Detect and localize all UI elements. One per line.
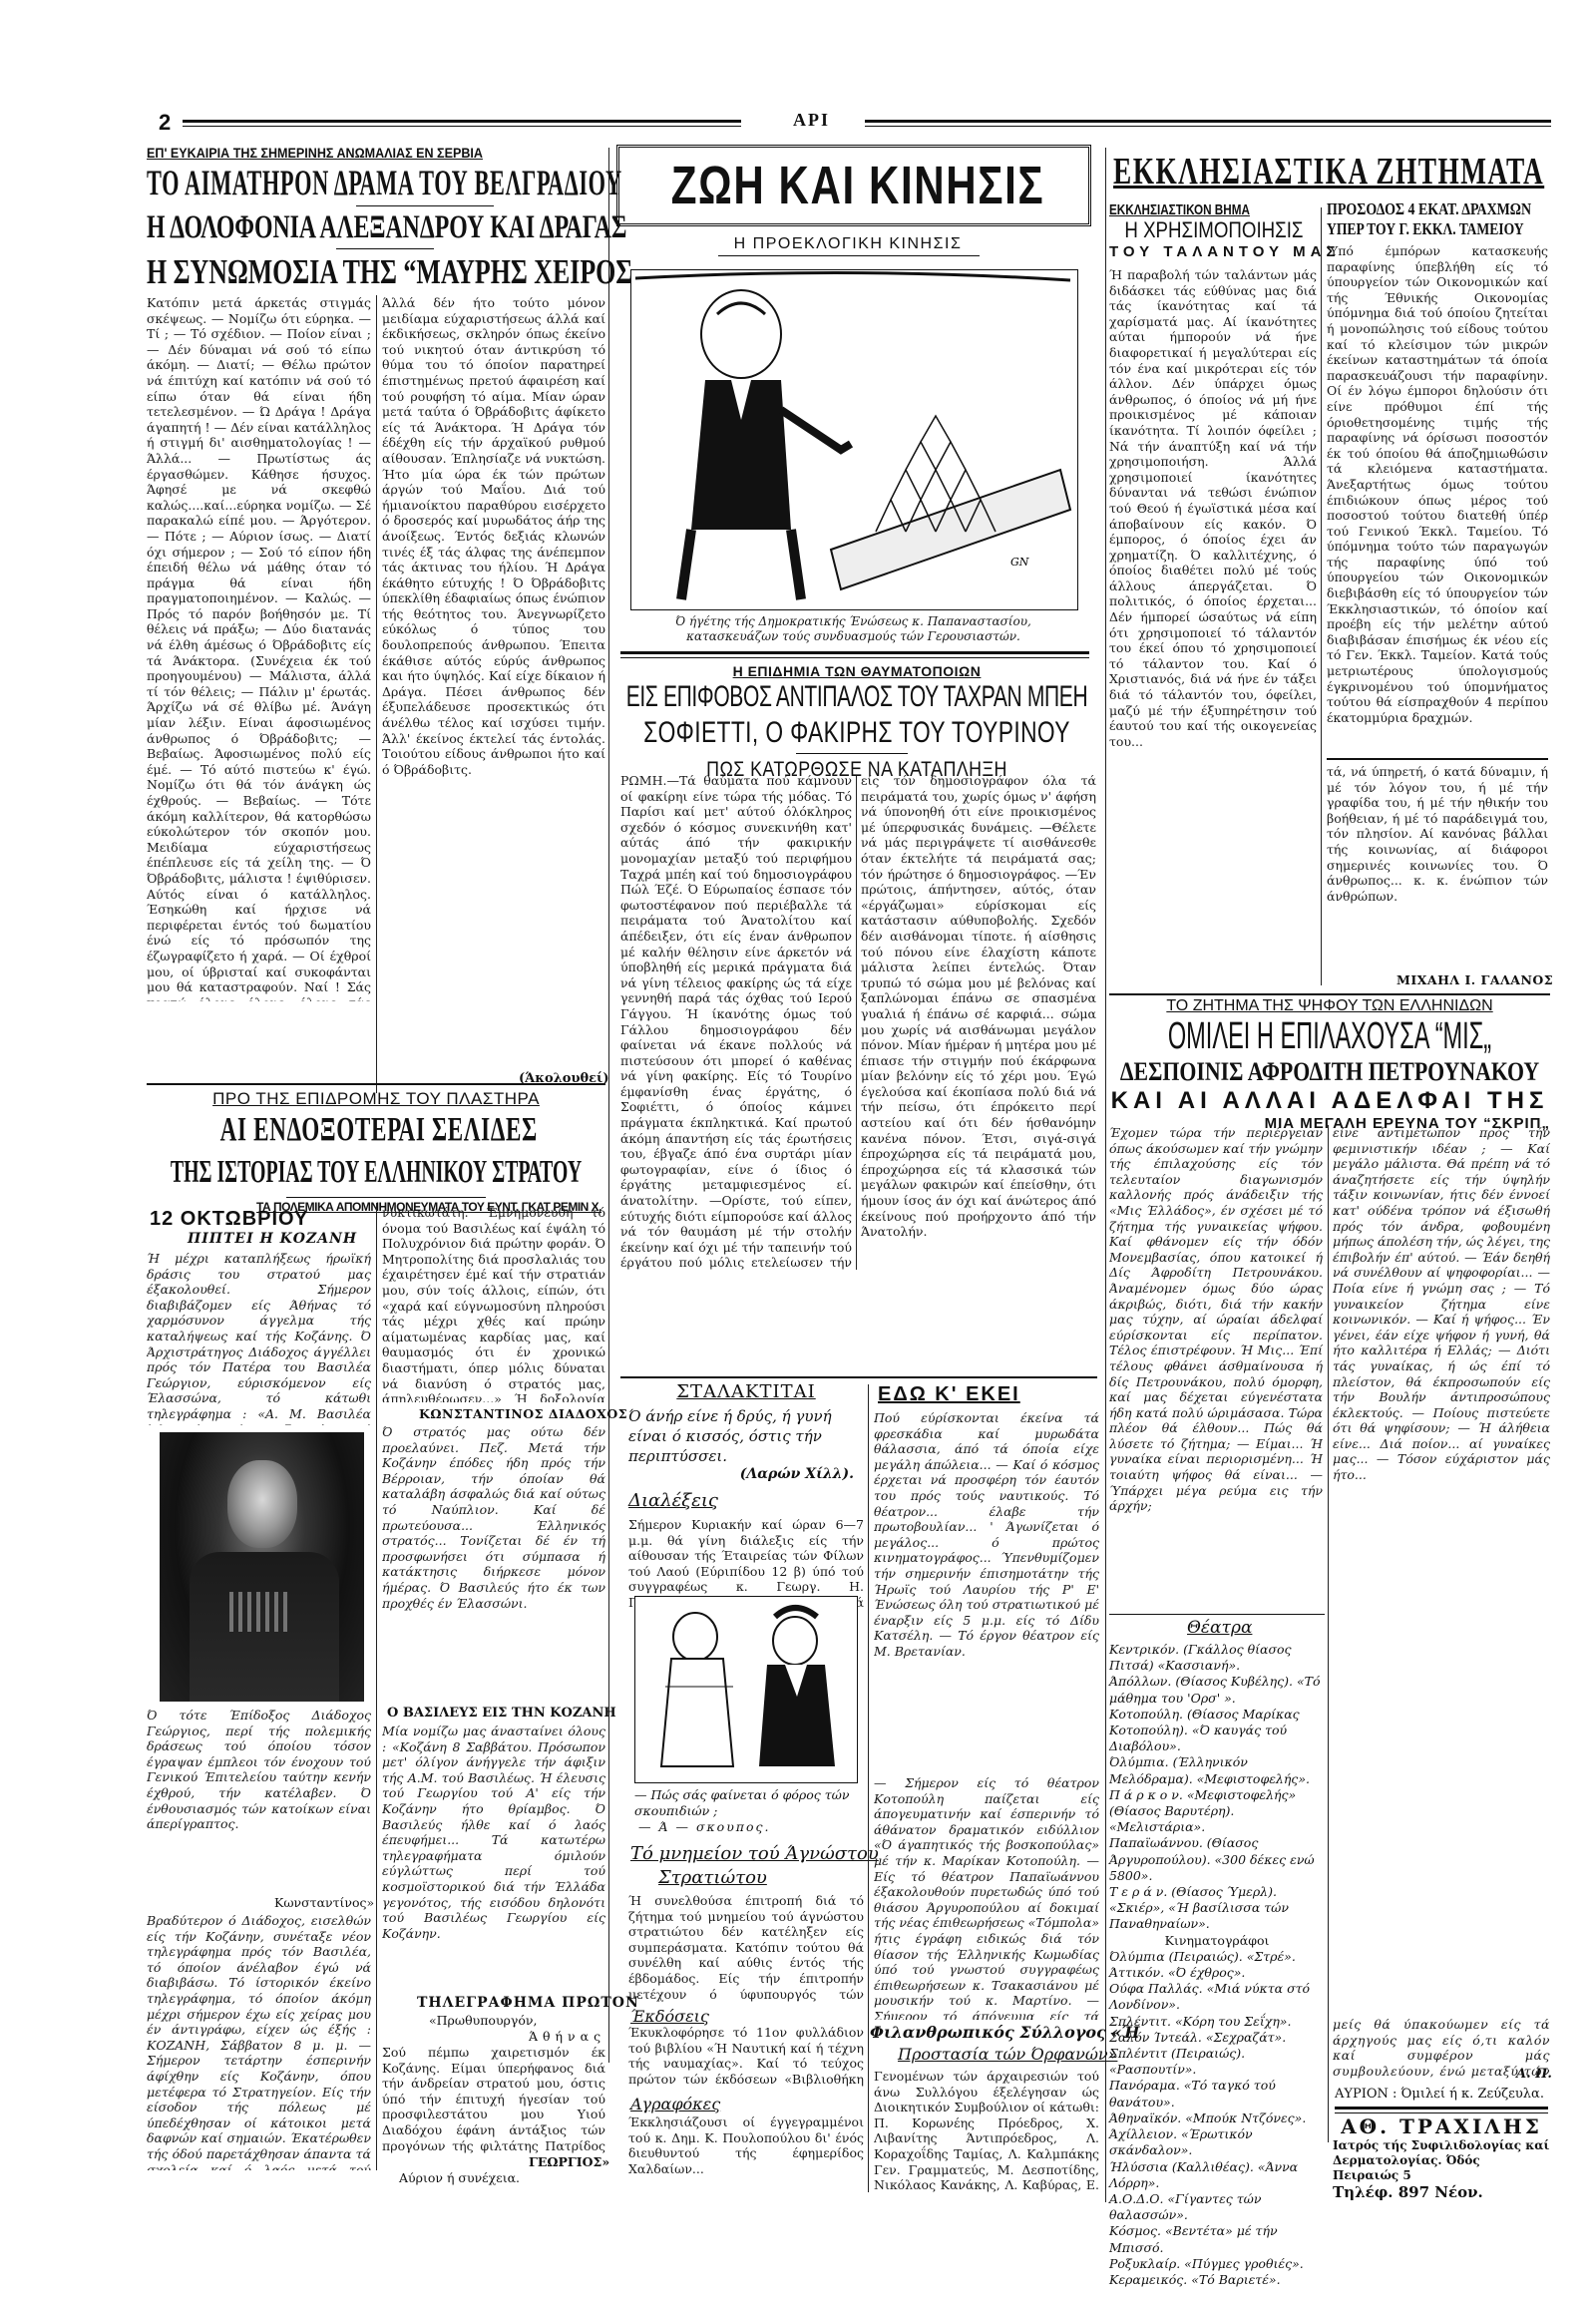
church-section-title: ΕΚΚΛΗΣΙΑΣΤΙΚΑ ΖΗΤΗΜΑΤΑ (1109, 148, 1548, 195)
rule (1327, 758, 1548, 760)
publications-body: Έκυκλοφόρησε τό 11ον φυλλάδιον τού βιβλί… (628, 2025, 864, 2087)
bema-headline: ΤΟΥ ΤΑΛΑΝΤΟΥ ΜΑΣ (1109, 243, 1314, 260)
section-subhead: Η ΠΡΟΕΚΛΟΓΙΚΗ ΚΙΝΗΣΙΣ (638, 235, 1057, 253)
vote-body: είνε άντιμέτωπον πρός τήν φεμινιστικήν ι… (1333, 1125, 1550, 2023)
article-body: Μία νομίζω μας άνασταίνει όλους : «Κοζάν… (382, 1724, 605, 1963)
rule (620, 1376, 1097, 1378)
edo-body: — Σήμερον είς τό θέατρον Κοτοπούλη παίζε… (874, 1775, 1099, 2020)
cinema-listing: Κόσμος. «Βεντέτα» μέ τήν Μπισσό. (1109, 2223, 1325, 2255)
theatre-listing: Κοτοπούλη. (Θίασος Μαρίκας Κοτοπούλη). «… (1109, 1707, 1325, 1755)
cinema-listing: Άττικόν. «Ό έχθρος». (1109, 1965, 1325, 1981)
column-divider (1105, 148, 1106, 2202)
rule (147, 1083, 605, 1085)
column-divider (376, 295, 377, 1093)
theatre-listing: Τ ε ρ ά ν. (Θίασος Ύμερλ). «Σκιέρ», «Ή β… (1109, 1884, 1325, 1933)
cinema-listing: Όλύμπια (Πειραιώς). «Στρέ». (1109, 1949, 1325, 1965)
article-body: Άλλά δέν ήτο τούτο μόνον μειδίαμα εύχαρι… (382, 295, 605, 1045)
column-divider (1328, 1125, 1329, 2142)
continues-note: Αύριον ή συνέχεια. (399, 2170, 520, 2185)
telegram-place: Άθήνας (529, 2029, 605, 2044)
article-body: Ό στρατός μας ούτω δέν προελαύνει. Πεζ. … (382, 1424, 605, 1694)
cinema-listing: Άθηναϊκόν. «Μπούκ Ντζόνες». (1109, 2110, 1325, 2126)
monument-heading: Στρατιώτου (658, 1867, 767, 1888)
stalaktitai-section: ΣΤΑΛΑΚΤΙΤΑΙ Ό άνήρ είνε ή δρύς, ή γυνή ε… (628, 1381, 864, 1631)
fakir-headline: ΣΟΦΙΕΤΤΙ, Ο ΦΑΚΙΡΗΣ ΤΟΥ ΤΟΥΡΙΝΟΥ (591, 715, 1123, 751)
lectures-heading: Διαλέξεις (628, 1490, 864, 1511)
tax-body: Ύπό έμπόρων κατασκευής παραφίνης ύπεβλήθ… (1327, 243, 1548, 754)
cartoon-caption: Ό ήγέτης τής Δημοκρατικής Ένώσεως κ. Παπ… (630, 614, 1076, 644)
article-headline: ΤΟ ΑΙΜΑΤΗΡΟΝ ΔΡΑΜΑ ΤΟΥ ΒΕΛΓΡΑΔΙΟΥ (147, 161, 604, 204)
rule (620, 651, 1089, 658)
vote-kicker: ΤΟ ΖΗΤΗΜΑ ΤΗΣ ΨΗΦΟΥ ΤΩΝ ΕΛΛΗΝΙΔΩΝ (1109, 997, 1550, 1015)
svg-text:GN: GN (1010, 556, 1029, 569)
tomorrow-note: ΑΥΡΙΟΝ : Όμιλεί ή κ. Ζεύζευλα. (1335, 2087, 1544, 2102)
ad-title: ΑΘ. ΤΡΑΧΙΛΗΣ (1333, 2114, 1550, 2138)
vote-headline: ΟΜΙΛΕΙ Η ΕΠΙΛΑΧΟΥΣΑ “ΜΙΣ„ (1106, 1015, 1553, 1057)
tax-headline: ΥΠΕΡ ΤΟΥ Γ. ΕΚΚΛ. ΤΑΜΕΙΟΥ (1327, 219, 1524, 239)
left-article: ΕΠ' ΕΥΚΑΙΡΙΑ ΤΗΣ ΣΗΜΕΡΙΝΗΣ ΑΝΩΜΑΛΙΑΣ ΕΝ … (147, 146, 603, 295)
cinema-listing: Ήλύσσια (Καλλιθέας). «Άννα Λόρρη». (1109, 2159, 1325, 2191)
cinema-listing: Σπλέντιτ. «Κόρη του Σεΐχη». (1109, 2014, 1325, 2030)
bema-headline: Η ΧΡΗΣΙΜΟΠΟΙΗΣΙΣ (1124, 217, 1298, 243)
cinema-listing: Πανόραμα. «Τό ταγκό τού θανάτου». (1109, 2078, 1325, 2110)
fakir-headlines: Η ΕΠΙΔΗΜΙΑ ΤΩΝ ΘΑΥΜΑΤΟΠΟΙΩΝ ΕΙΣ ΕΠΙΦΟΒΟΣ… (616, 663, 1097, 783)
philanthropic-heading: Προστασία τών Όρφανών» (898, 2045, 1117, 2064)
column-divider (1321, 207, 1322, 985)
edo-body: Πού εύρίσκονται έκείνα τά φρεσκάδια καί … (874, 1410, 1099, 1771)
photo-medals (229, 1592, 289, 1632)
article-headline: Η ΣΥΝΩΜΟΣΙΑ ΤΗΣ “ΜΑΥΡΗΣ ΧΕΙΡΟΣ„ (147, 249, 604, 295)
vote-body: Έχομεν τώρα τήν περιέργειαν όπως άκούσωμ… (1109, 1125, 1323, 1610)
photo-face (227, 1460, 297, 1548)
agrafa-heading: Αγραφόκες (630, 2095, 720, 2113)
subheading: Ο ΒΑΣΙΛΕΥΣ ΕΙΣ ΤΗΝ ΚΟΖΑΝΗ (387, 1706, 616, 1721)
column-divider (856, 776, 857, 1270)
column-divider (868, 1384, 869, 2192)
doctor-advertisement: ΑΘ. ΤΡΑΧΙΛΗΣ Ιατρός τής Συφιλιδολογίας κ… (1333, 2114, 1550, 2201)
cartoon-dialogue: — Πώς σάς φαίνεται ό φόρος τών σκουπιδιώ… (634, 1787, 866, 1819)
tax-cartoon (634, 1596, 858, 1783)
section-headline: ΤΗΣ ΙΣΤΟΡΙΑΣ ΤΟΥ ΕΛΛΗΝΙΚΟΥ ΣΤΡΑΤΟΥ (160, 1151, 593, 1191)
article-body: Κατόπιν μετά άρκετάς στιγμάς σκέψεως. — … (147, 295, 371, 1001)
masthead-rule-right (865, 120, 1551, 127)
theatre-listing: Κεντρικόν. (Γκάλλος θίασος Πιτσά) «Κασσι… (1109, 1642, 1325, 1674)
telegram-recipient: «Πρωθυπουργόν, (429, 2013, 537, 2028)
article-body-end (147, 1001, 371, 1091)
cinema-listing: Α.Ο.Δ.Ο. «Γίγαντες τών θαλασσών». (1109, 2191, 1325, 2223)
date-heading: 12 ΟΚΤΩΒΡΙΟΥ (150, 1208, 308, 1231)
column-divider (608, 148, 609, 2063)
quote: Ό άνήρ είνε ή δρύς, ή γυνή είναι ό κισσό… (628, 1406, 864, 1466)
edo-heading: ΕΔΩ Κ' ΕΚΕΙ (878, 1383, 1020, 1406)
cinemas-heading: Κινηματογράφοι (1109, 1933, 1325, 1949)
author-signature: ΜΙΧΑΗΛ Ι. ΓΑΛΑΝΟΣ (1396, 972, 1553, 987)
tax-headline: ΠΡΟΣΟΔΟΣ 4 ΕΚΑΤ. ΔΡΑΧΜΩΝ (1327, 199, 1531, 219)
telegram-heading: ΤΗΛΕΓΡΑΦΗΜΑ ΠΡΩΤΟΝ (417, 1995, 639, 2011)
cinema-listing: Ροξυκλαίρ. «Πύγμες γροθιές». (1109, 2256, 1325, 2272)
bema-body-continued: τά, νά ύπηρετή, ό κατά δύναμιν, ή μέ τόν… (1327, 764, 1548, 954)
article-kicker: ΕΠ' ΕΥΚΑΙΡΙΑ ΤΗΣ ΣΗΜΕΡΙΝΗΣ ΑΝΩΜΑΛΙΑΣ ΕΝ … (147, 146, 572, 161)
cinema-listing: Κεραμεικός. «Τό Βαριετέ». (1109, 2272, 1325, 2288)
monument-heading: Τό μνημείον τού Άγνώστου (630, 1843, 879, 1864)
signed-by: ΚΩΝΣΤΑΝΤΙΝΟΣ ΔΙΑΔΟΧΟΣ (419, 1406, 627, 1421)
theatres-heading: Θέατρα (1187, 1618, 1252, 1638)
photo-caption: Ό τότε Έπίδοξος Διάδοχος Γεώργιος, περί … (147, 1708, 371, 1859)
theatre-listing: Παπαϊωάννου. (Θίασος Άργυροπούλου). «300… (1109, 1835, 1325, 1884)
theatres-list: Κεντρικόν. (Γκάλλος θίασος Πιτσά) «Κασσι… (1109, 1642, 1325, 2288)
article-body: ΡΩΜΗ.—Τά θαύματα πού κάμνουν οί φακίρηι … (620, 773, 852, 1270)
article-body: Βραδύτερον ό Διάδοχος, εισελθών είς τήν … (147, 1913, 371, 2170)
bema-body: Ή παραβολή τών ταλάντων μάς διδάσκει τάς… (1109, 267, 1317, 886)
theatre-listing: Όλύμπια. (Έλληνικόν Μελόδραμα). «Μεφιστο… (1109, 1754, 1325, 1786)
page-number: 2 (159, 110, 171, 136)
rule (1109, 993, 1550, 995)
philanthropic-body: Γενομένων τών άρχαιρεσιών τού άνω Συλλόγ… (874, 2069, 1099, 2192)
ad-phone: Τηλέφ. 897 Νέον. (1333, 2183, 1550, 2201)
philanthropic-heading: Φιλανθρωπικός Σύλλογος «Ή (870, 2023, 1140, 2042)
telegram-body: Σού πέμπω χαιρετισμόν έκ Κοζάνης. Είμαι … (382, 2045, 605, 2154)
signature: Κωνσταντίνος» (274, 1895, 374, 1910)
section-headline: ΑΙ ΕΝΔΟΞΟΤΕΡΑΙ ΣΕΛΙΔΕΣ (220, 1109, 533, 1151)
cinema-listing: Σπλέντιτ (Πειραιώς). «Ρασπουτίν». (1109, 2046, 1325, 2078)
ad-text: Ιατρός τής Συφιλιδολογίας καί Δερματολογ… (1333, 2138, 1550, 2183)
bema-kicker: ΕΚΚΛΗΣΙΑΣΤΙΚΟΝ ΒΗΜΑ (1109, 201, 1250, 218)
cinema-listing: Άχίλλειον. «Έρωτικόν σκάνδαλον». (1109, 2126, 1325, 2158)
theatre-listing: Άπόλλων. (Θίασος Κυβέλης). «Τό μάθημα το… (1109, 1674, 1325, 1706)
fakir-kicker: Η ΕΠΙΔΗΜΙΑ ΤΩΝ ΘΑΥΜΑΤΟΠΟΙΩΝ (616, 663, 1097, 679)
vote-headline: ΔΕΣΠΟΙΝΙΣ ΑΦΡΟΔΙΤΗ ΠΕΤΡΟΥΝΑΚΟΥ (1094, 1057, 1565, 1087)
stalaktitai-heading: ΣΤΑΛΑΚΤΙΤΑΙ (628, 1381, 864, 1402)
monument-body: Ή συνελθούσα έπιτροπή διά τό ζήτημα τού … (628, 1893, 864, 2003)
section-two: ΠΡΟ ΤΗΣ ΕΠΙΔΡΟΜΗΣ ΤΟΥ ΠΛΑΣΤΗΡΑ ΑΙ ΕΝΔΟΞΟ… (147, 1089, 605, 1214)
section-title: ΖΩΗ ΚΑΙ ΚΙΝΗΣΙΣ (671, 148, 1037, 223)
masthead-rule-left (183, 120, 741, 127)
article-headline: Η ΔΟΛΟΦΟΝΙΑ ΑΛΕΞΑΝΔΡΟΥ ΚΑΙ ΔΡΑΓΑΣ (147, 206, 606, 248)
vote-headline: ΚΑΙ ΑΙ ΑΛΛΑΙ ΑΔΕΛΦΑΙ ΤΗΣ (1109, 1087, 1550, 1115)
rule (1109, 1614, 1325, 1615)
publications-heading: Έκδόσεις (630, 2007, 709, 2026)
rule (796, 753, 908, 754)
paper-name: ΑΡΙ (793, 110, 830, 131)
rule (286, 1197, 486, 1198)
article-body: νυκτικωτάτη. Έμνημονεύθη τό όνομα τού Βα… (382, 1205, 605, 1402)
cinema-listing: Σαλόν Ίντεάλ. «Σεχραζάτ». (1109, 2030, 1325, 2046)
cartoon-drawing: GN (631, 270, 1077, 609)
cartoon-drawing (635, 1597, 857, 1782)
column-divider (376, 1203, 377, 2170)
vote-headlines: ΤΟ ΖΗΤΗΜΑ ΤΗΣ ΨΗΦΟΥ ΤΩΝ ΕΛΛΗΝΙΔΩΝ ΟΜΙΛΕΙ… (1109, 997, 1550, 1132)
rule (1335, 2107, 1548, 2113)
quote-author: (Λαρών Χίλλ). (628, 1466, 854, 1482)
political-cartoon: GN (630, 269, 1078, 610)
cartoon-dialogue: — Ά — σκουπος. (638, 1819, 771, 1834)
article-body: είς τόν δημοσιογράφον όλα τά πειράματά τ… (861, 773, 1096, 1270)
section-kicker: ΠΡΟ ΤΗΣ ΕΠΙΔΡΟΜΗΣ ΤΟΥ ΠΛΑΣΤΗΡΑ (147, 1089, 605, 1109)
photo-crown-prince-george (160, 1432, 364, 1702)
masthead: 2 ΑΡΙ (147, 118, 1551, 134)
rule (718, 255, 980, 256)
telegram-signature: ΓΕΩΡΓΙΟΣ» (529, 2154, 609, 2169)
vote-signature: Α. Π. (1516, 2067, 1552, 2082)
agrafa-body: Έκκλησιάζουσι οί έγγεγραμμένοι τού κ. Δη… (628, 2114, 864, 2184)
article-body: Ή μέχρι καταπλήξεως ήρωϊκή δράσις του στ… (147, 1251, 371, 1425)
cinema-listing: Ούφα Παλλάς. «Μιά νύκτα στό Λονδίνον». (1109, 1981, 1325, 2013)
date-subheading: ΠΙΠΤΕΙ Η ΚΟΖΑΝΗ (188, 1231, 357, 1247)
theatre-listing: Π ά ρ κ ο ν. «Μεφιστοφελής» (Θίασος Βαρυ… (1109, 1787, 1325, 1836)
fakir-headline: ΕΙΣ ΕΠΙΦΟΒΟΣ ΑΝΤΙΠΑΛΟΣ ΤΟΥ ΤΑΧΡΑΝ ΜΠΕΗ (604, 679, 1108, 715)
section-title-box: ΖΩΗ ΚΑΙ ΚΙΝΗΣΙΣ (616, 145, 1091, 226)
